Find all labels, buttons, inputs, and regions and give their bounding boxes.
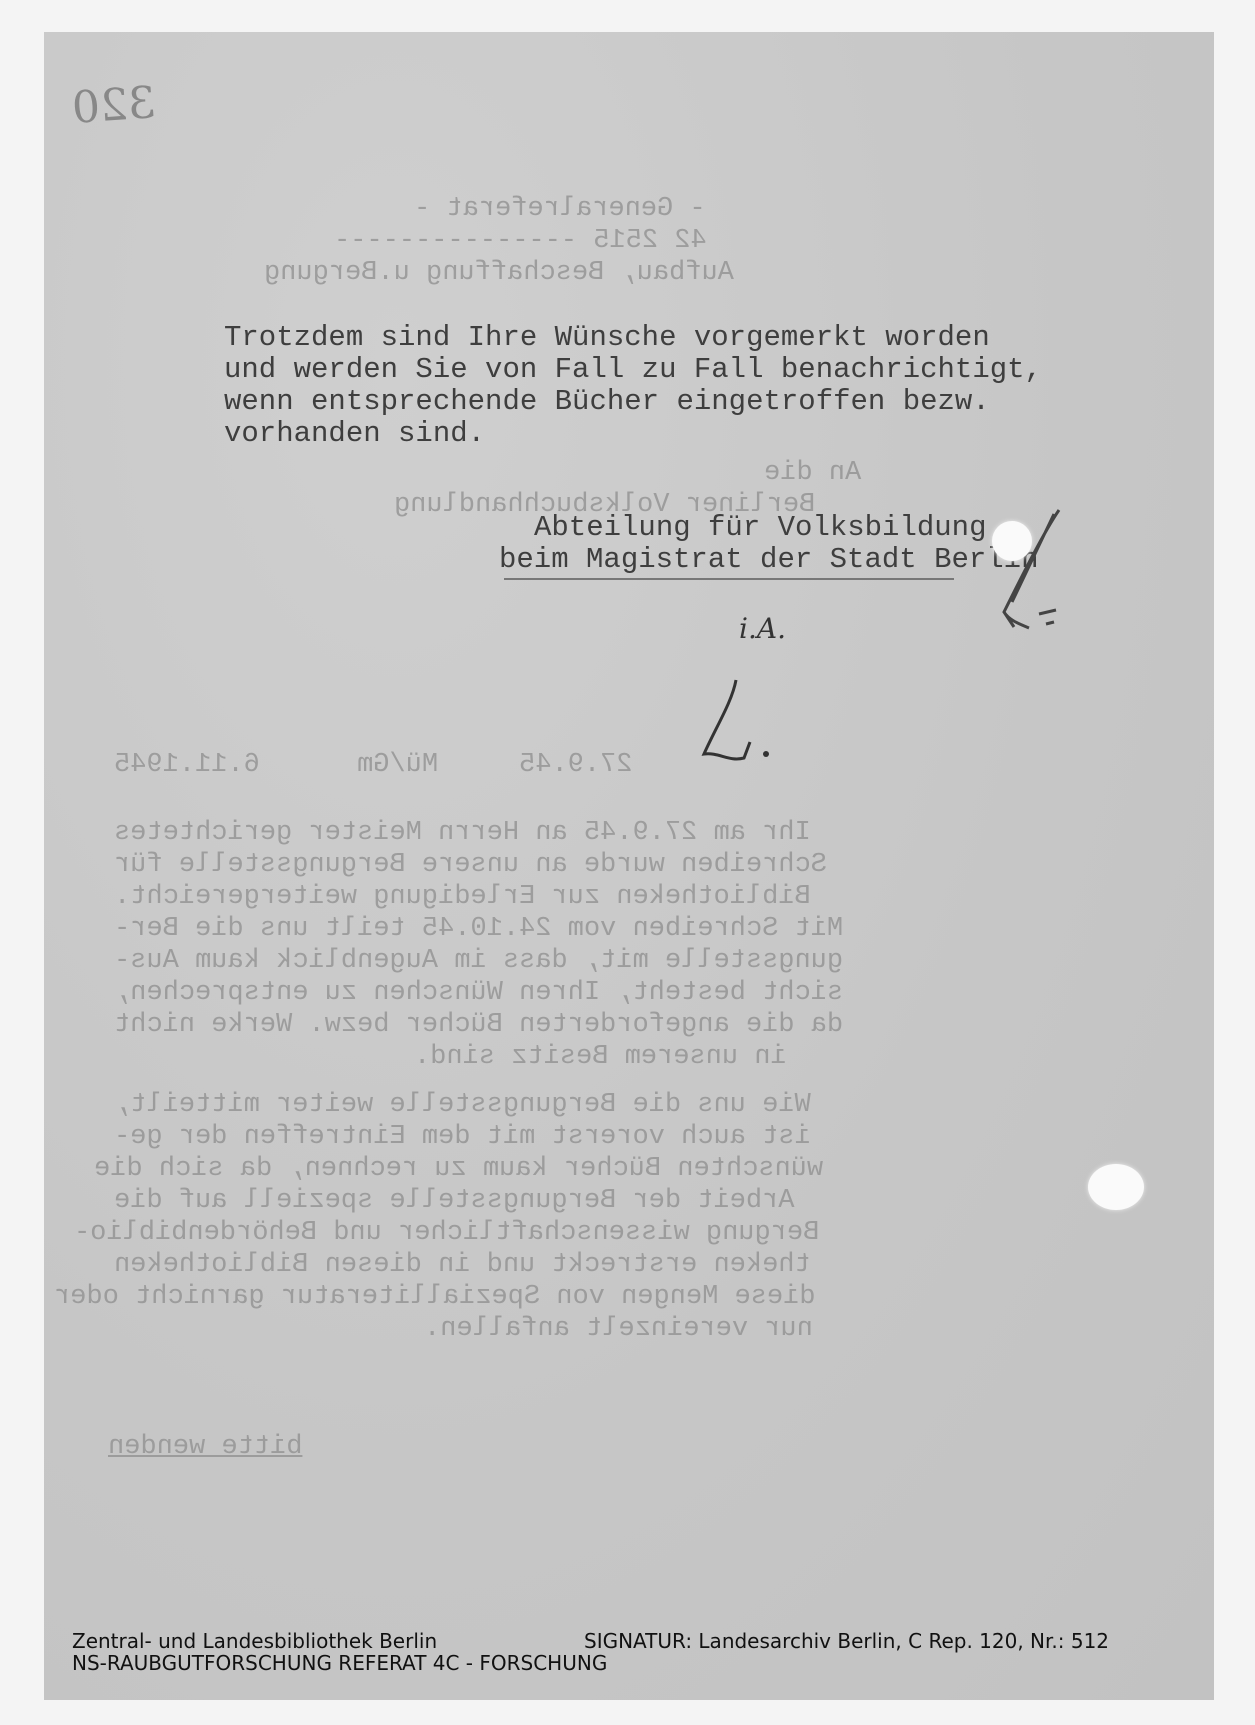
scanned-document-page: 320 - Generalreferat - 42 2515 ---------… [44,32,1214,1700]
bleed-p1-line5: gungsstelle mit, dass im Augenblick kaum… [114,946,843,976]
punch-hole-top [992,521,1032,561]
bleed-p1-line4: Mit Schreiben vom 24.10.45 teilt uns die… [114,914,843,944]
bleed-header-line1: - Generalreferat - [414,194,706,224]
front-body-line2: und werden Sie von Fall zu Fall benachri… [224,354,1042,386]
bleed-p1-line1: Ihr am 27.9.45 an Herrn Meister gerichte… [114,818,811,848]
bleed-ref-date-prev: 27.9.45 [519,750,632,780]
bleed-p2-line1: Wie uns die Bergungsstelle weiter mittei… [114,1090,811,1120]
bleed-ref-date: 6.11.1945 [114,750,260,780]
bleed-p1-line3: Bibliotheken zur Erledigung weitergereic… [114,882,811,912]
bleed-p2-line5: Bergung wissenschaftlicher und Behördenb… [74,1218,819,1248]
bleed-p1-line6: sicht besteht, Ihren Wünschen zu entspre… [114,978,843,1008]
underline-rule [504,578,954,580]
bleed-p2-line7: diese Mengen von Spezialliteratur garnic… [54,1282,816,1312]
bleed-header-line3: Aufbau, Beschaffung u.Bergung [264,258,734,288]
handwritten-signature-icon [984,502,1074,642]
bleed-p2-line8: nur vereinzelt anfallen. [424,1314,813,1344]
bleed-p2-line4: Arbeit der Bergungsstelle speziell auf d… [114,1186,795,1216]
bleed-p2-line6: theken erstreckt und in diesen Bibliothe… [114,1250,811,1280]
bleed-address-line1: An die [764,458,861,488]
footer-library: Zentral- und Landesbibliothek Berlin [72,1630,437,1652]
punch-hole-bottom [1088,1164,1144,1210]
bleed-turn-over: bitte wenden [108,1432,302,1462]
handwritten-initial-icon [694,672,784,772]
pencil-page-number: 320 [70,77,157,134]
footer-signatur: SIGNATUR: Landesarchiv Berlin, C Rep. 12… [584,1630,1109,1652]
front-body-line4: vorhanden sind. [224,418,485,450]
handwritten-ia: i.A. [739,612,786,645]
bleed-p1-line8: in unserem Besitz sind. [414,1042,787,1072]
bleed-header-line2: 42 2515 --------------- [334,226,707,256]
bleed-p1-line2: Schreiben wurde an unsere Bergungsstelle… [114,850,827,880]
bleed-p2-line2: ist auch vorerst mit dem Eintreffen der … [114,1122,811,1152]
signature-dept-line1: Abteilung für Volksbildung [534,512,986,544]
signature-dept-line2: beim Magistrat der Stadt Berlin [499,544,1039,576]
bleed-ref-initials: Mü/Gm [357,750,438,780]
footer-department: NS-RAUBGUTFORSCHUNG REFERAT 4C - FORSCHU… [72,1652,607,1674]
bleed-p1-line7: da die angeforderten Bücher bezw. Werke … [114,1010,843,1040]
front-body-line3: wenn entsprechende Bücher eingetroffen b… [224,386,990,418]
bleed-reference-line: 27.9.45 Mü/Gm 6.11.1945 [114,720,697,810]
front-body-line1: Trotzdem sind Ihre Wünsche vorgemerkt wo… [224,322,990,354]
bleed-p2-line3: wünschten Bücher kaum zu rechnen, da sic… [94,1154,823,1184]
